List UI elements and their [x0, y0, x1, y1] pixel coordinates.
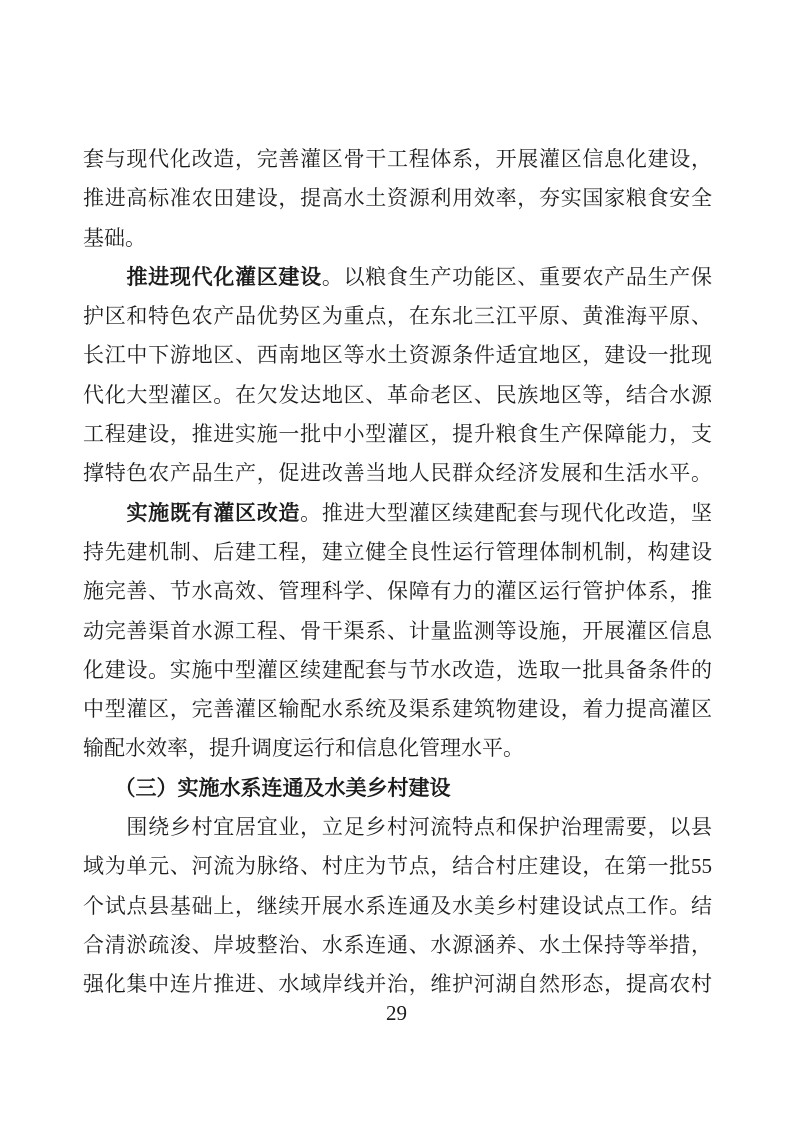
text-run: 动完善渠首水源工程、骨干渠系、计量监测等设施，开展灌区信息 [83, 619, 712, 643]
text-line: 套与现代化改造，完善灌区骨干工程体系，开展灌区信息化建设， [83, 140, 712, 179]
text-run: 撑特色农产品生产，促进改善当地人民群众经济发展和生活水平。 [83, 461, 712, 485]
text-run: 输配水效率，提升调度运行和信息化管理水平。 [83, 736, 524, 760]
text-run: 基础。 [83, 226, 146, 250]
page-number: 29 [0, 997, 793, 1029]
document-body: 套与现代化改造，完善灌区骨干工程体系，开展灌区信息化建设，推进高标准农田建设，提… [83, 140, 712, 1005]
text-run: 强化集中连片推进、水域岸线并治，维护河湖自然形态，提高农村 [83, 972, 712, 996]
text-run [83, 265, 126, 289]
text-line: 推进高标准农田建设，提高水土资源利用效率，夯实国家粮食安全 [83, 179, 712, 218]
text-line: 撑特色农产品生产，促进改善当地人民群众经济发展和生活水平。 [83, 454, 712, 493]
text-line: 工程建设，推进实施一批中小型灌区，提升粮食生产保障能力，支 [83, 415, 712, 454]
text-line: 护区和特色农产品优势区为重点，在东北三江平原、黄淮海平原、 [83, 297, 712, 336]
text-line: 推进现代化灌区建设。以粮食生产功能区、重要农产品生产保 [83, 258, 712, 297]
text-line: 实施既有灌区改造。推进大型灌区续建配套与现代化改造，坚 [83, 494, 712, 533]
text-run: 工程建设，推进实施一批中小型灌区，提升粮食生产保障能力，支 [83, 422, 712, 446]
bold-text-run: 实施既有灌区改造 [126, 501, 300, 525]
bold-text-run: 推进现代化灌区建设 [126, 265, 321, 289]
bold-text-run: （三）实施水系连通及水美乡村建设 [83, 776, 451, 800]
text-run: 。推进大型灌区续建配套与现代化改造，坚 [300, 501, 712, 525]
text-line: 持先建机制、后建工程，建立健全良性运行管理体制机制，构建设 [83, 533, 712, 572]
text-line: 个试点县基础上，继续开展水系连通及水美乡村建设试点工作。结 [83, 887, 712, 926]
text-run: 化建设。实施中型灌区续建配套与节水改造，选取一批具备条件的 [83, 658, 712, 682]
text-line: 基础。 [83, 219, 712, 258]
text-run: 施完善、节水高效、管理科学、保障有力的灌区运行管护体系，推 [83, 579, 712, 603]
text-run: 域为单元、河流为脉络、村庄为节点，结合村庄建设，在第一批55 [83, 854, 712, 878]
text-line: 动完善渠首水源工程、骨干渠系、计量监测等设施，开展灌区信息 [83, 612, 712, 651]
text-run: 代化大型灌区。在欠发达地区、革命老区、民族地区等，结合水源 [83, 383, 712, 407]
text-line: 围绕乡村宜居宜业，立足乡村河流特点和保护治理需要，以县 [83, 808, 712, 847]
text-run: 合清淤疏浚、岸坡整治、水系连通、水源涵养、水土保持等举措， [83, 933, 712, 957]
text-run: 长江中下游地区、西南地区等水土资源条件适宜地区，建设一批现 [83, 343, 712, 367]
text-run: 护区和特色农产品优势区为重点，在东北三江平原、黄淮海平原、 [83, 304, 712, 328]
text-line: 中型灌区，完善灌区输配水系统及渠系建筑物建设，着力提高灌区 [83, 690, 712, 729]
text-run: 推进高标准农田建设，提高水土资源利用效率，夯实国家粮食安全 [83, 186, 712, 210]
text-run: 中型灌区，完善灌区输配水系统及渠系建筑物建设，着力提高灌区 [83, 697, 712, 721]
text-line: 化建设。实施中型灌区续建配套与节水改造，选取一批具备条件的 [83, 651, 712, 690]
text-line: 域为单元、河流为脉络、村庄为节点，结合村庄建设，在第一批55 [83, 847, 712, 886]
document-page: 套与现代化改造，完善灌区骨干工程体系，开展灌区信息化建设，推进高标准农田建设，提… [0, 0, 793, 1122]
text-run: 持先建机制、后建工程，建立健全良性运行管理体制机制，构建设 [83, 540, 712, 564]
section-heading: （三）实施水系连通及水美乡村建设 [83, 769, 712, 808]
text-line: 长江中下游地区、西南地区等水土资源条件适宜地区，建设一批现 [83, 336, 712, 375]
text-run: 。以粮食生产功能区、重要农产品生产保 [322, 265, 712, 289]
text-run: 围绕乡村宜居宜业，立足乡村河流特点和保护治理需要，以县 [83, 815, 712, 839]
text-line: 输配水效率，提升调度运行和信息化管理水平。 [83, 729, 712, 768]
text-run: 个试点县基础上，继续开展水系连通及水美乡村建设试点工作。结 [83, 894, 712, 918]
text-run: 套与现代化改造，完善灌区骨干工程体系，开展灌区信息化建设， [83, 147, 712, 171]
text-line: 施完善、节水高效、管理科学、保障有力的灌区运行管护体系，推 [83, 572, 712, 611]
text-line: 合清淤疏浚、岸坡整治、水系连通、水源涵养、水土保持等举措， [83, 926, 712, 965]
text-line: 代化大型灌区。在欠发达地区、革命老区、民族地区等，结合水源 [83, 376, 712, 415]
text-run [83, 501, 126, 525]
